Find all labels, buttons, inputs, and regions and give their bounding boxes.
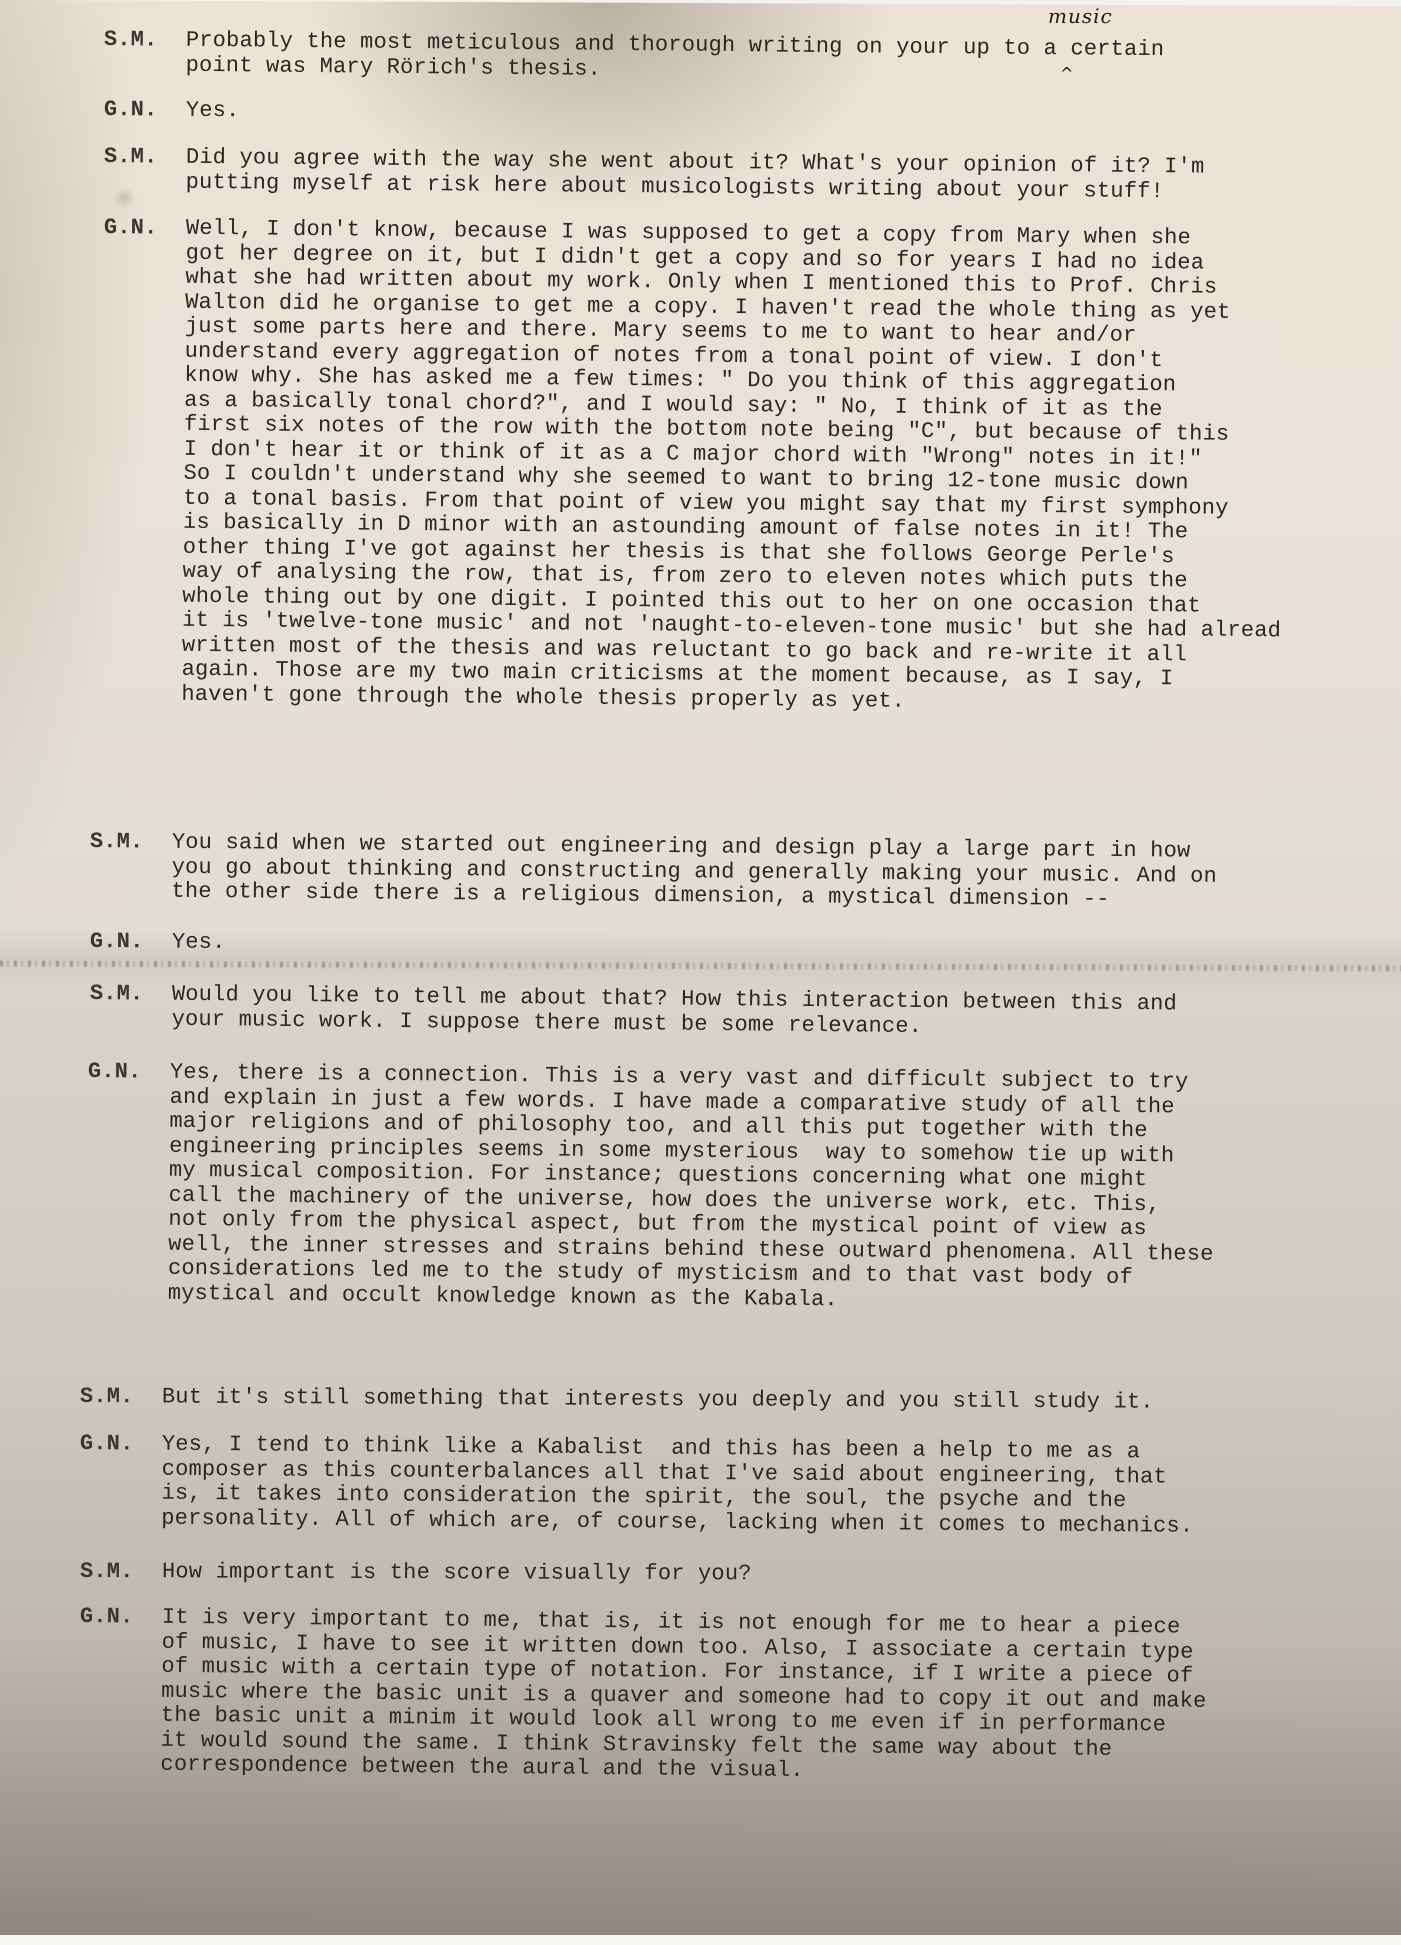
dialogue-entry: G.N.Yes, I tend to think like a Kabalist… xyxy=(79,1432,1194,1539)
dialogue-entry: S.M.Probably the most meticulous and tho… xyxy=(104,28,1165,87)
speech-text: How important is the score visually for … xyxy=(162,1560,752,1587)
speech-text: Yes, there is a connection. This is a ve… xyxy=(168,1061,1216,1316)
handwritten-insertion: music xyxy=(1048,4,1113,29)
dialogue-entry: G.N.Yes. xyxy=(90,930,226,955)
dialogue-entry: G.N.Well, I don't know, because I was su… xyxy=(99,216,1285,717)
speech-text: Probably the most meticulous and thoroug… xyxy=(186,29,1165,87)
dialogue-entry: G.N.It is very important to me, that is,… xyxy=(78,1605,1207,1787)
speaker-label: G.N. xyxy=(99,216,186,707)
dialogue-entry: S.M.Would you like to tell me about that… xyxy=(90,982,1178,1041)
speech-text: Did you agree with the way she went abou… xyxy=(186,146,1205,205)
speech-text: Well, I don't know, because I was suppos… xyxy=(181,217,1285,718)
speech-text: It is very important to me, that is, it … xyxy=(160,1606,1207,1788)
speech-text: But it's still something that interests … xyxy=(162,1385,1154,1415)
speech-text: Yes. xyxy=(186,99,240,124)
text-line: Yes. xyxy=(172,931,226,956)
speaker-label: G.N. xyxy=(78,1605,162,1777)
speaker-label: G.N. xyxy=(86,1060,170,1306)
text-line: How important is the score visually for … xyxy=(162,1560,752,1587)
speaker-label: S.M. xyxy=(80,1385,162,1410)
dialogue-entry: S.M.How important is the score visually … xyxy=(80,1560,752,1587)
transcript: music ^ S.M.Probably the most meticulous… xyxy=(0,0,1401,1935)
text-line: Yes. xyxy=(186,99,240,124)
dialogue-entry: G.N.Yes, there is a connection. This is … xyxy=(86,1060,1216,1316)
speaker-label: S.M. xyxy=(104,28,186,78)
dialogue-entry: S.M.Did you agree with the way she went … xyxy=(104,145,1205,205)
speaker-label: G.N. xyxy=(90,930,172,955)
speaker-label: G.N. xyxy=(79,1432,162,1531)
text-line: But it's still something that interests … xyxy=(162,1385,1154,1415)
dialogue-entry: G.N.Yes. xyxy=(104,98,240,124)
speaker-label: S.M. xyxy=(80,1560,162,1585)
page-bottom-edge xyxy=(0,1935,1401,1945)
dialogue-entry: S.M.You said when we started out enginee… xyxy=(89,830,1217,913)
speech-text: You said when we started out engineering… xyxy=(171,831,1217,914)
speech-text: Would you like to tell me about that? Ho… xyxy=(172,983,1178,1042)
speaker-label: G.N. xyxy=(104,98,186,123)
speaker-label: S.M. xyxy=(89,830,172,904)
dialogue-entry: S.M.But it's still something that intere… xyxy=(80,1385,1154,1415)
speaker-label: S.M. xyxy=(90,982,172,1032)
speech-text: Yes, I tend to think like a Kabalist and… xyxy=(161,1433,1194,1539)
speech-text: Yes. xyxy=(172,931,226,956)
speaker-label: S.M. xyxy=(104,145,186,195)
